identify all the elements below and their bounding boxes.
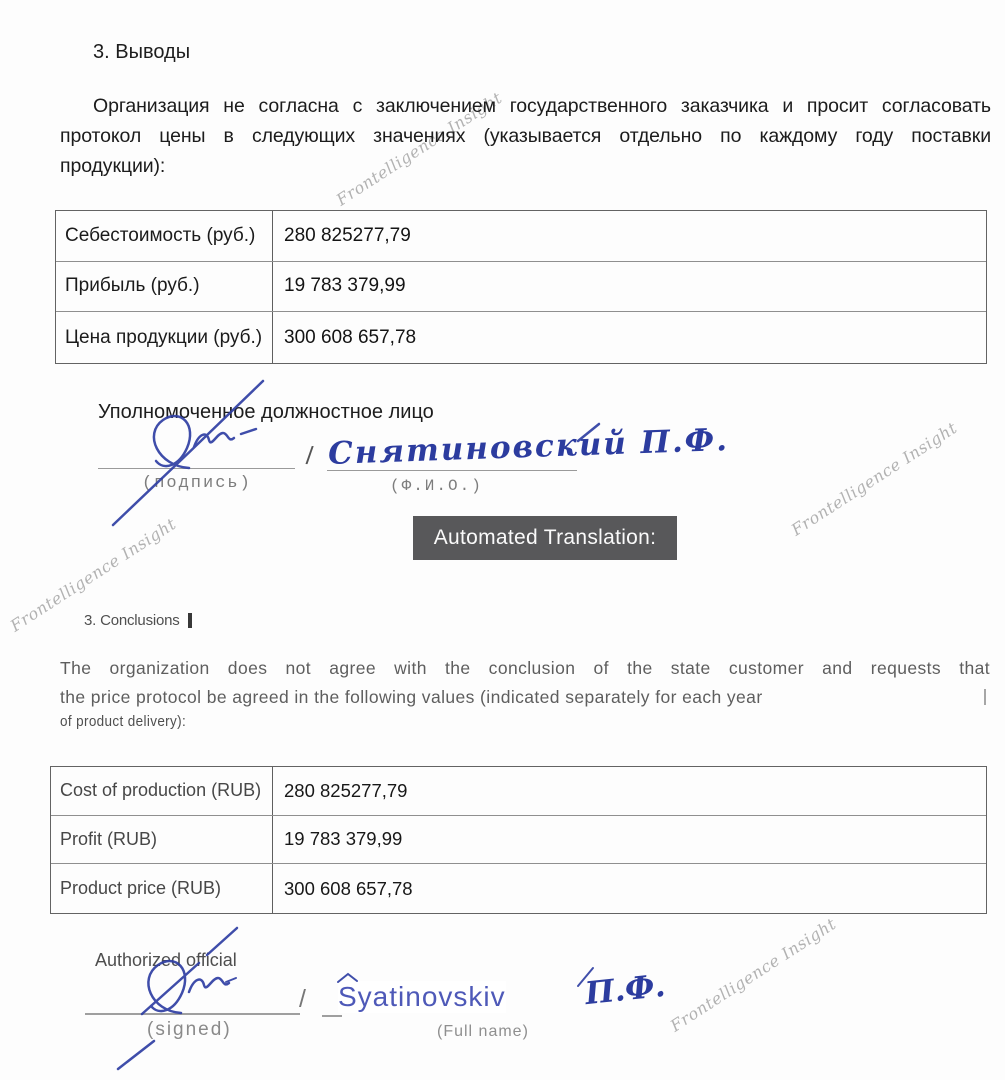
official-title-original: Уполномоченное должностное лицо [98, 401, 434, 424]
typed-name: Syatinovskiv [338, 981, 506, 1013]
table-cell-label: Profit (RUB) [51, 816, 273, 864]
table-row: Profit (RUB) 19 783 379,99 [51, 816, 986, 865]
section-heading-original: 3. Выводы [93, 41, 190, 64]
paragraph-line: of product delivery): [60, 713, 897, 731]
table-cell-value: 300 608 657,78 [273, 864, 986, 913]
table-cell-value: 280 825277,79 [273, 767, 986, 815]
table-cell-value: 280 825277,79 [273, 211, 986, 261]
signature-caption: (signed) [147, 1019, 232, 1041]
section-heading-translation: 3. Conclusions [84, 612, 180, 629]
price-table-translation: Cost of production (RUB) 280 825277,79 P… [50, 766, 987, 914]
full-name-caption: (Ф.И.О.) [390, 477, 483, 495]
paragraph-line: протокол цены в следующих значениях (ука… [60, 121, 991, 151]
separator-slash: / [305, 442, 314, 471]
signature-caption: (подпись) [142, 474, 252, 493]
paragraph-translation: The organization does not agree with the… [60, 657, 990, 731]
name-line [322, 1015, 342, 1017]
document-page: Frontelligence Insight Frontelligence In… [0, 0, 1005, 1080]
table-row: Cost of production (RUB) 280 825277,79 [51, 767, 986, 816]
signature-line [85, 1013, 300, 1015]
paragraph-line: продукции): [60, 151, 991, 181]
table-cell-label: Cost of production (RUB) [51, 767, 273, 815]
table-cell-value: 19 783 379,99 [273, 262, 986, 312]
watermark: Frontelligence Insight [788, 418, 961, 539]
paragraph-line: the price protocol be agreed in the foll… [60, 686, 990, 708]
cursor-artifact [984, 689, 986, 705]
table-cell-value: 19 783 379,99 [273, 816, 986, 864]
table-row: Себестоимость (руб.) 280 825277,79 [56, 211, 986, 262]
paragraph-original: Организация не согласна с заключением го… [60, 91, 991, 181]
handwritten-initials: П.Ф. [583, 968, 667, 1012]
table-row: Прибыль (руб.) 19 783 379,99 [56, 262, 986, 313]
table-cell-label: Себестоимость (руб.) [56, 211, 273, 261]
official-title-translation: Authorized official [95, 950, 237, 971]
watermark: Frontelligence Insight [667, 914, 840, 1035]
table-cell-label: Цена продукции (руб.) [56, 312, 273, 363]
paragraph-line: The organization does not agree with the… [60, 657, 990, 679]
price-table-original: Себестоимость (руб.) 280 825277,79 Прибы… [55, 210, 987, 364]
automated-translation-badge: Automated Translation: [413, 516, 677, 560]
separator-slash: / [299, 985, 306, 1014]
signature-line [98, 468, 295, 469]
table-cell-label: Прибыль (руб.) [56, 262, 273, 312]
table-cell-value: 300 608 657,78 [273, 312, 986, 363]
table-cell-label: Product price (RUB) [51, 864, 273, 913]
cursor-artifact [188, 613, 192, 628]
table-row: Product price (RUB) 300 608 657,78 [51, 864, 986, 913]
paragraph-line: Организация не согласна с заключением го… [60, 91, 991, 121]
handwritten-name: Снятиновский П.Ф. [327, 422, 729, 472]
table-row: Цена продукции (руб.) 300 608 657,78 [56, 312, 986, 363]
full-name-caption: (Full name) [437, 1023, 529, 1041]
